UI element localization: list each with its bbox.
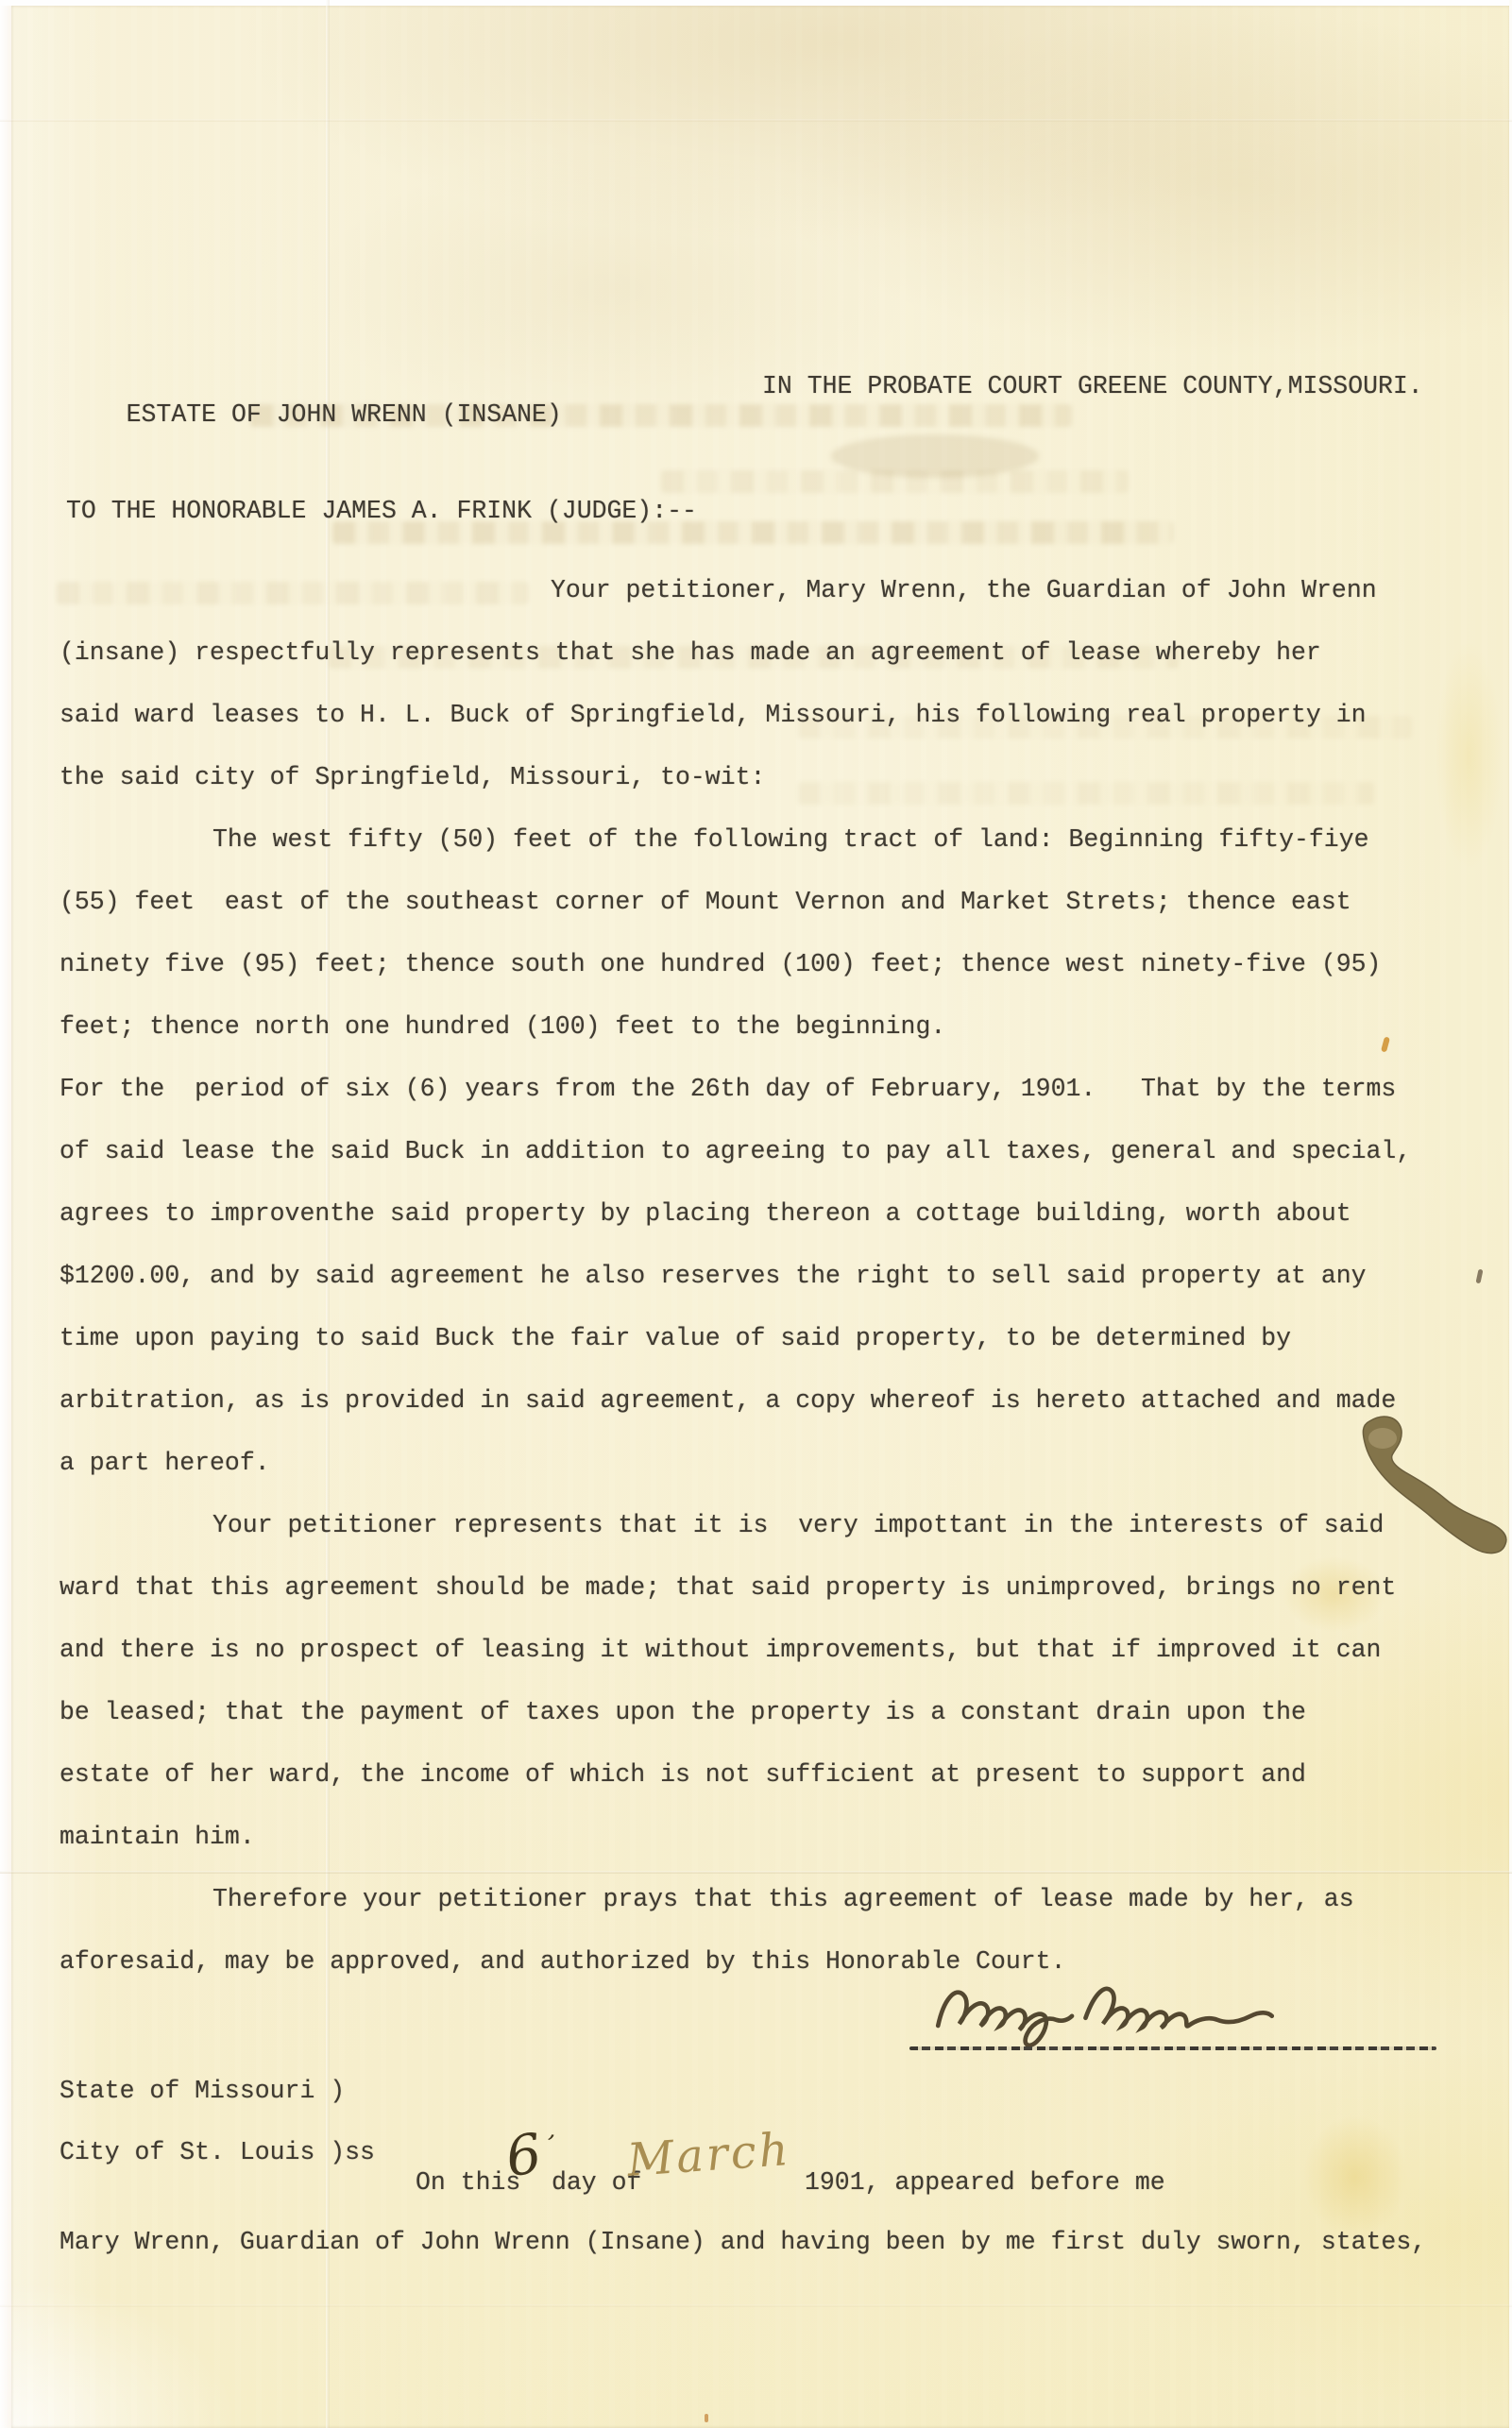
salutation: TO THE HONORABLE JAMES A. FRINK (JUDGE):… [66,497,697,525]
document-line: Your petitioner represents that it is ve… [212,1494,1504,1556]
scan-edge-left [0,0,11,2428]
document-line: The west fifty (50) feet of the followin… [212,808,1504,871]
document-line: be leased; that the payment of taxes upo… [59,1681,1504,1743]
signature-underline [909,2046,1436,2050]
document-line: aforesaid, may be approved, and authoriz… [59,1930,1504,1993]
signature-scrawl [930,1964,1280,2049]
document-body: Your petitioner, Mary Wrenn, the Guardia… [59,559,1504,1993]
speck-mark [705,2414,708,2422]
document-line: Your petitioner, Mary Wrenn, the Guardia… [551,559,1504,621]
document-line: Therefore your petitioner prays that thi… [212,1868,1504,1930]
sworn-suffix: 1901, appeared before me [805,2168,1165,2197]
document-line: time upon paying to said Buck the fair v… [59,1307,1504,1369]
document-line: $1200.00, and by said agreement he also … [59,1245,1504,1307]
sworn-prefix: On this [416,2168,520,2197]
document-line: a part hereof. [59,1432,1504,1494]
document-line: For the period of six (6) years from the… [59,1058,1504,1120]
attestation-line: Mary Wrenn, Guardian of John Wrenn (Insa… [59,2228,1426,2256]
document-line: ninety five (95) feet; thence south one … [59,933,1504,995]
document-line: ward that this agreement should be made;… [59,1556,1504,1619]
document-line: arbitration, as is provided in said agre… [59,1369,1504,1432]
document-line: (55) feet east of the southeast corner o… [59,871,1504,933]
document-line: agrees to improventhe said property by p… [59,1182,1504,1245]
scan-edge-top [0,0,1512,6]
notary-state-line: State of Missouri ) [59,2077,345,2105]
signature [930,1964,1280,2054]
horizontal-crease-bottom [0,2304,1512,2307]
document-line: the said city of Springfield, Missouri, … [59,746,1504,808]
document-header: ESTATE OF JOHN WRENN (INSANE) IN THE PRO… [66,372,1464,485]
document-line: and there is no prospect of leasing it w… [59,1619,1504,1681]
document-line: maintain him. [59,1806,1504,1868]
notary-city-line: City of St. Louis )ss [59,2138,375,2166]
document-line: said ward leases to H. L. Buck of Spring… [59,684,1504,746]
document-line: of said lease the said Buck in addition … [59,1120,1504,1182]
case-title: ESTATE OF JOHN WRENN (INSANE) [127,400,562,429]
document-line: (insane) respectfully represents that sh… [59,621,1504,684]
document-line: feet; thence north one hundred (100) fee… [59,995,1504,1058]
document-page: ESTATE OF JOHN WRENN (INSANE) IN THE PRO… [0,0,1512,2428]
horizontal-crease-top [0,119,1512,122]
document-line: estate of her ward, the income of which … [59,1743,1504,1806]
court-title: IN THE PROBATE COURT GREENE COUNTY,MISSO… [762,372,1423,400]
